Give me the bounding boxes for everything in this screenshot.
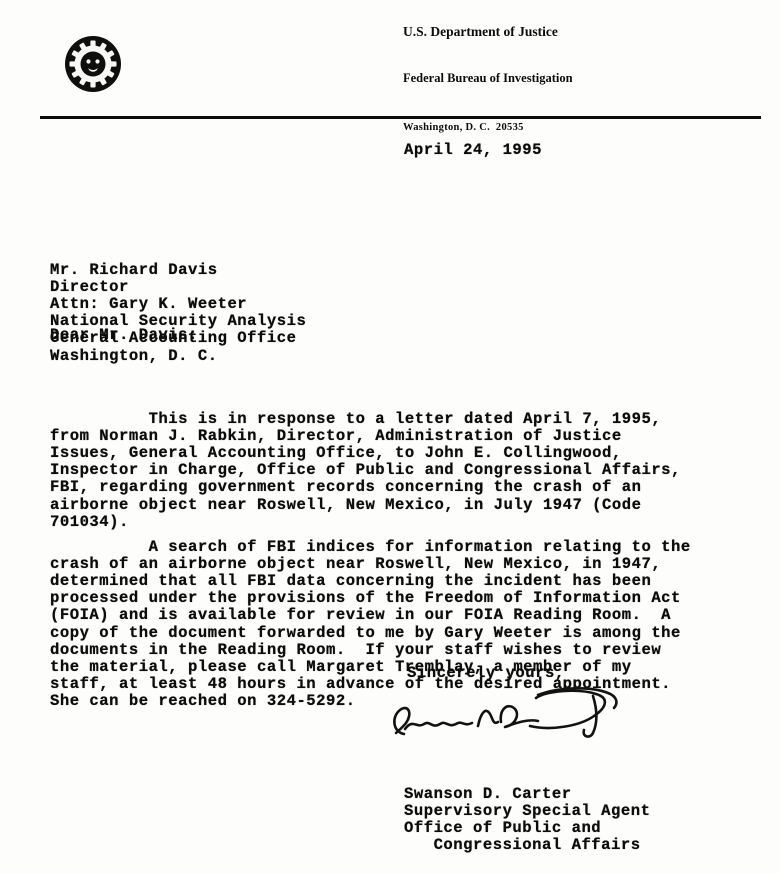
- body-text-line: crash of an airborne object near Roswell…: [50, 556, 691, 573]
- letterhead-rule: [40, 116, 761, 119]
- body-text-line: Inspector in Charge, Office of Public an…: [50, 462, 681, 479]
- body-paragraph-2: A search of FBI indices for information …: [50, 487, 691, 711]
- recipient-address-line: Attn: Gary K. Weeter: [50, 296, 306, 313]
- letter-date: April 24, 1995: [404, 142, 542, 159]
- signer-line: Swanson D. Carter: [404, 786, 650, 803]
- body-text-line: processed under the provisions of the Fr…: [50, 590, 691, 607]
- signer-line: Supervisory Special Agent: [404, 803, 650, 820]
- valediction: Sincerely yours,: [407, 665, 565, 682]
- letter-page: U.S. Department of Justice Federal Burea…: [0, 0, 780, 873]
- hq-address: Washington, D. C. 20535: [403, 122, 524, 133]
- signer-block: Swanson D. CarterSupervisory Special Age…: [404, 734, 650, 854]
- body-text-line: This is in response to a letter dated Ap…: [50, 411, 681, 428]
- agency-name: U.S. Department of Justice: [403, 24, 558, 40]
- signer-line: Office of Public and: [404, 820, 650, 837]
- body-text-line: Issues, General Accounting Office, to Jo…: [50, 445, 681, 462]
- body-text-line: determined that all FBI data concerning …: [50, 573, 691, 590]
- salutation: Dear Mr. Davis:: [50, 327, 198, 344]
- body-text-line: (FOIA) and is available for review in ou…: [50, 607, 691, 624]
- recipient-address-line: Director: [50, 279, 306, 296]
- body-text-line: copy of the document forwarded to me by …: [50, 625, 691, 642]
- body-text-line: from Norman J. Rabkin, Director, Adminis…: [50, 428, 681, 445]
- recipient-address-line: Mr. Richard Davis: [50, 262, 306, 279]
- body-text-line: documents in the Reading Room. If your s…: [50, 642, 691, 659]
- doj-seal-icon: [63, 34, 123, 94]
- bureau-name: Federal Bureau of Investigation: [403, 71, 573, 86]
- body-text-line: the material, please call Margaret Tremb…: [50, 659, 691, 676]
- signer-line: Congressional Affairs: [404, 837, 650, 854]
- body-text-line: A search of FBI indices for information …: [50, 539, 691, 556]
